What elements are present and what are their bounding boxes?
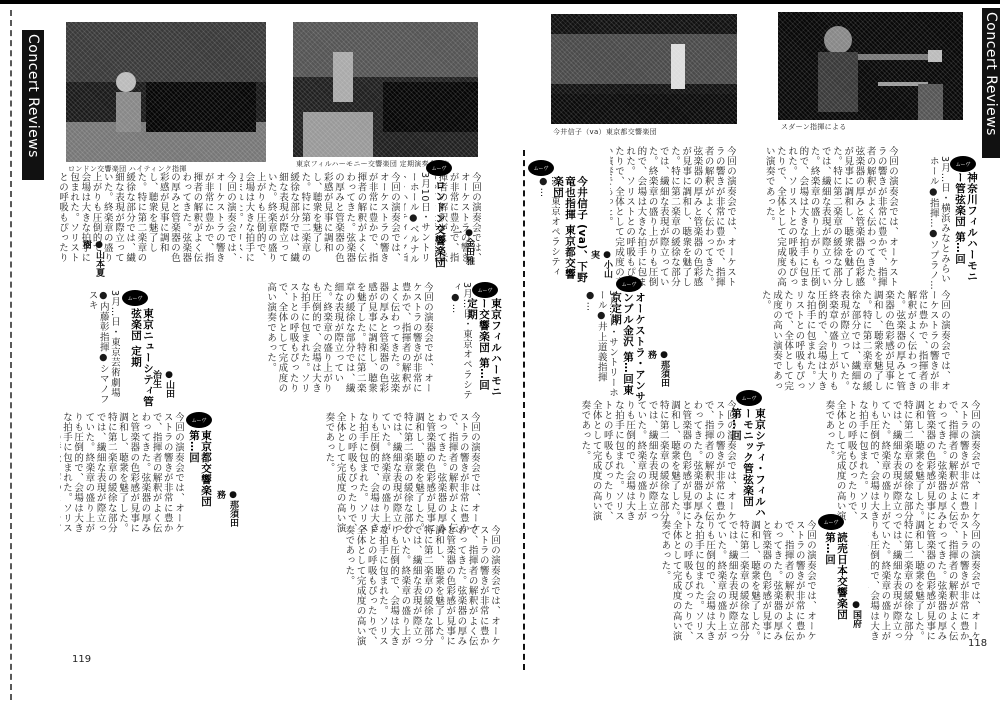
page-gutter (523, 150, 525, 670)
review-body-text: 今回の演奏会では、オーケストラの響きが非常に豊かで、指揮者の解釈がよく伝わってき… (240, 412, 480, 540)
review-title: 今井信子 (va)、下野竜也指揮 東京都交響楽団 (562, 176, 588, 286)
magazine-spread: Concert Reviews Concert Reviews ロンドン交響楽団… (0, 0, 1000, 705)
review-badge-icon: ムーヴ (472, 282, 498, 298)
photo-caption: 今井信子（va）東京都交響楽団 (553, 127, 657, 137)
review-body-text: 今回の演奏会では、オーケストラの響きが非常に豊かで、指揮者の解釈がよく伝わってき… (770, 400, 980, 525)
review-badge-icon: ムーヴ (818, 514, 844, 530)
review-body-text: 今回の演奏会では、オーケストラの響きが非常に豊かで、指揮者の解釈がよく伝わってき… (165, 282, 433, 400)
review-title: 東京フィルハーモニー交響楽団 第…回定期 (476, 298, 502, 398)
review-title: オーケストラ・アンサンブル金沢 第…回東京定期 (620, 292, 646, 402)
photo-right-1 (551, 14, 737, 124)
review-title: 東京都交響楽団 第…回 (192, 430, 212, 510)
review-body-text: 今回の演奏会では、オーケストラの響きが非常に豊かで、指揮者の解釈がよく伝わってき… (540, 400, 736, 525)
review-info: …・東京オペラシティ●… (532, 176, 560, 286)
section-tab-left: Concert Reviews (22, 30, 44, 180)
review-badge-icon: ムーヴ (122, 290, 148, 306)
review-info: 3月…日・東京オペラシティ●… (436, 282, 472, 400)
reviewer-name: ●山本夏樹 (80, 240, 106, 280)
section-tab-right: Concert Reviews (982, 8, 1000, 158)
review-badge-icon: ムーヴ (616, 276, 642, 292)
review-badge-icon: ムーヴ (186, 412, 212, 428)
reviewer-name: ●国府 (850, 600, 863, 640)
photo-right-2 (778, 12, 963, 120)
scan-top-edge (0, 0, 1000, 4)
review-title: 東京シティ・フィルハーモニック管弦楽団 第…回 (740, 408, 766, 523)
review-badge-icon: ムーヴ (736, 390, 762, 406)
review-badge-icon: ムーヴ (950, 156, 976, 172)
photo-left-1 (66, 22, 266, 162)
review-body-text: 今回の演奏会では、オーケストラの響きが非常に豊かで、指揮者の解釈がよく伝わってき… (610, 146, 736, 291)
review-info: 3月10日・サントリーホール●ベルナルト・ハイティンク指揮 (404, 172, 430, 268)
review-body-text: 今回の演奏会では、オーケストラの響きが非常に豊かで、指揮者の解釈がよく伝わってき… (60, 412, 184, 540)
photo-left-2 (293, 22, 478, 157)
review-badge-icon: ムーヴ (528, 160, 554, 176)
review-body-text: 今回の演奏会では、オーケストラの響きが非常に豊かで、指揮者の解釈がよく伝わってき… (540, 520, 816, 645)
reviewer-name: ●小山実 (588, 250, 614, 286)
reviewer-name: ●那須田務 (214, 490, 240, 530)
review-body-text: 今回の演奏会では、オーケストラの響きが非常に豊かで、指揮者の解釈がよく伝わってき… (240, 525, 500, 650)
review-title: 読売日本交響楽団 第…回 (822, 532, 848, 642)
review-info: 3月…日・横浜みなとみらいホール●指揮…●ソプラノ… (900, 156, 950, 291)
photo-caption: スダーン指揮による (781, 122, 847, 132)
scan-left-edge (10, 10, 14, 700)
review-info: 3月…日・サントリーホール●井上道義指揮●… (540, 290, 618, 400)
reviewer-name: ●山田治生 (150, 370, 176, 406)
review-body-text: 今回の演奏会では、オーケストラの響きが非常に豊かで、指揮者の解釈がよく伝わってき… (740, 146, 898, 291)
review-body-text: 今回の演奏会では、オーケストラの響きが非常に豊かで、指揮者の解釈がよく伝わってき… (868, 520, 980, 645)
review-title: ロンドン交響楽団 (434, 180, 446, 270)
page-number-left: 119 (72, 654, 91, 665)
page-number-right: 118 (968, 638, 987, 649)
review-title: 神奈川フィルハーモニー管弦楽団 第…回 (952, 172, 978, 292)
review-body-text: 今回の演奏会では、オーケストラの響きが非常に豊かで、指揮者の解釈がよく伝わってき… (240, 172, 400, 272)
reviewer-name: ●金田雅一 (450, 228, 476, 268)
review-info: 3月…日・東京芸術劇場●内藤彰指揮●シマノフスキ (60, 290, 120, 408)
review-body-text: 今回の演奏会では、オーケストラの響きが非常に豊かで、指揮者の解釈がよく伝わってき… (650, 290, 950, 400)
